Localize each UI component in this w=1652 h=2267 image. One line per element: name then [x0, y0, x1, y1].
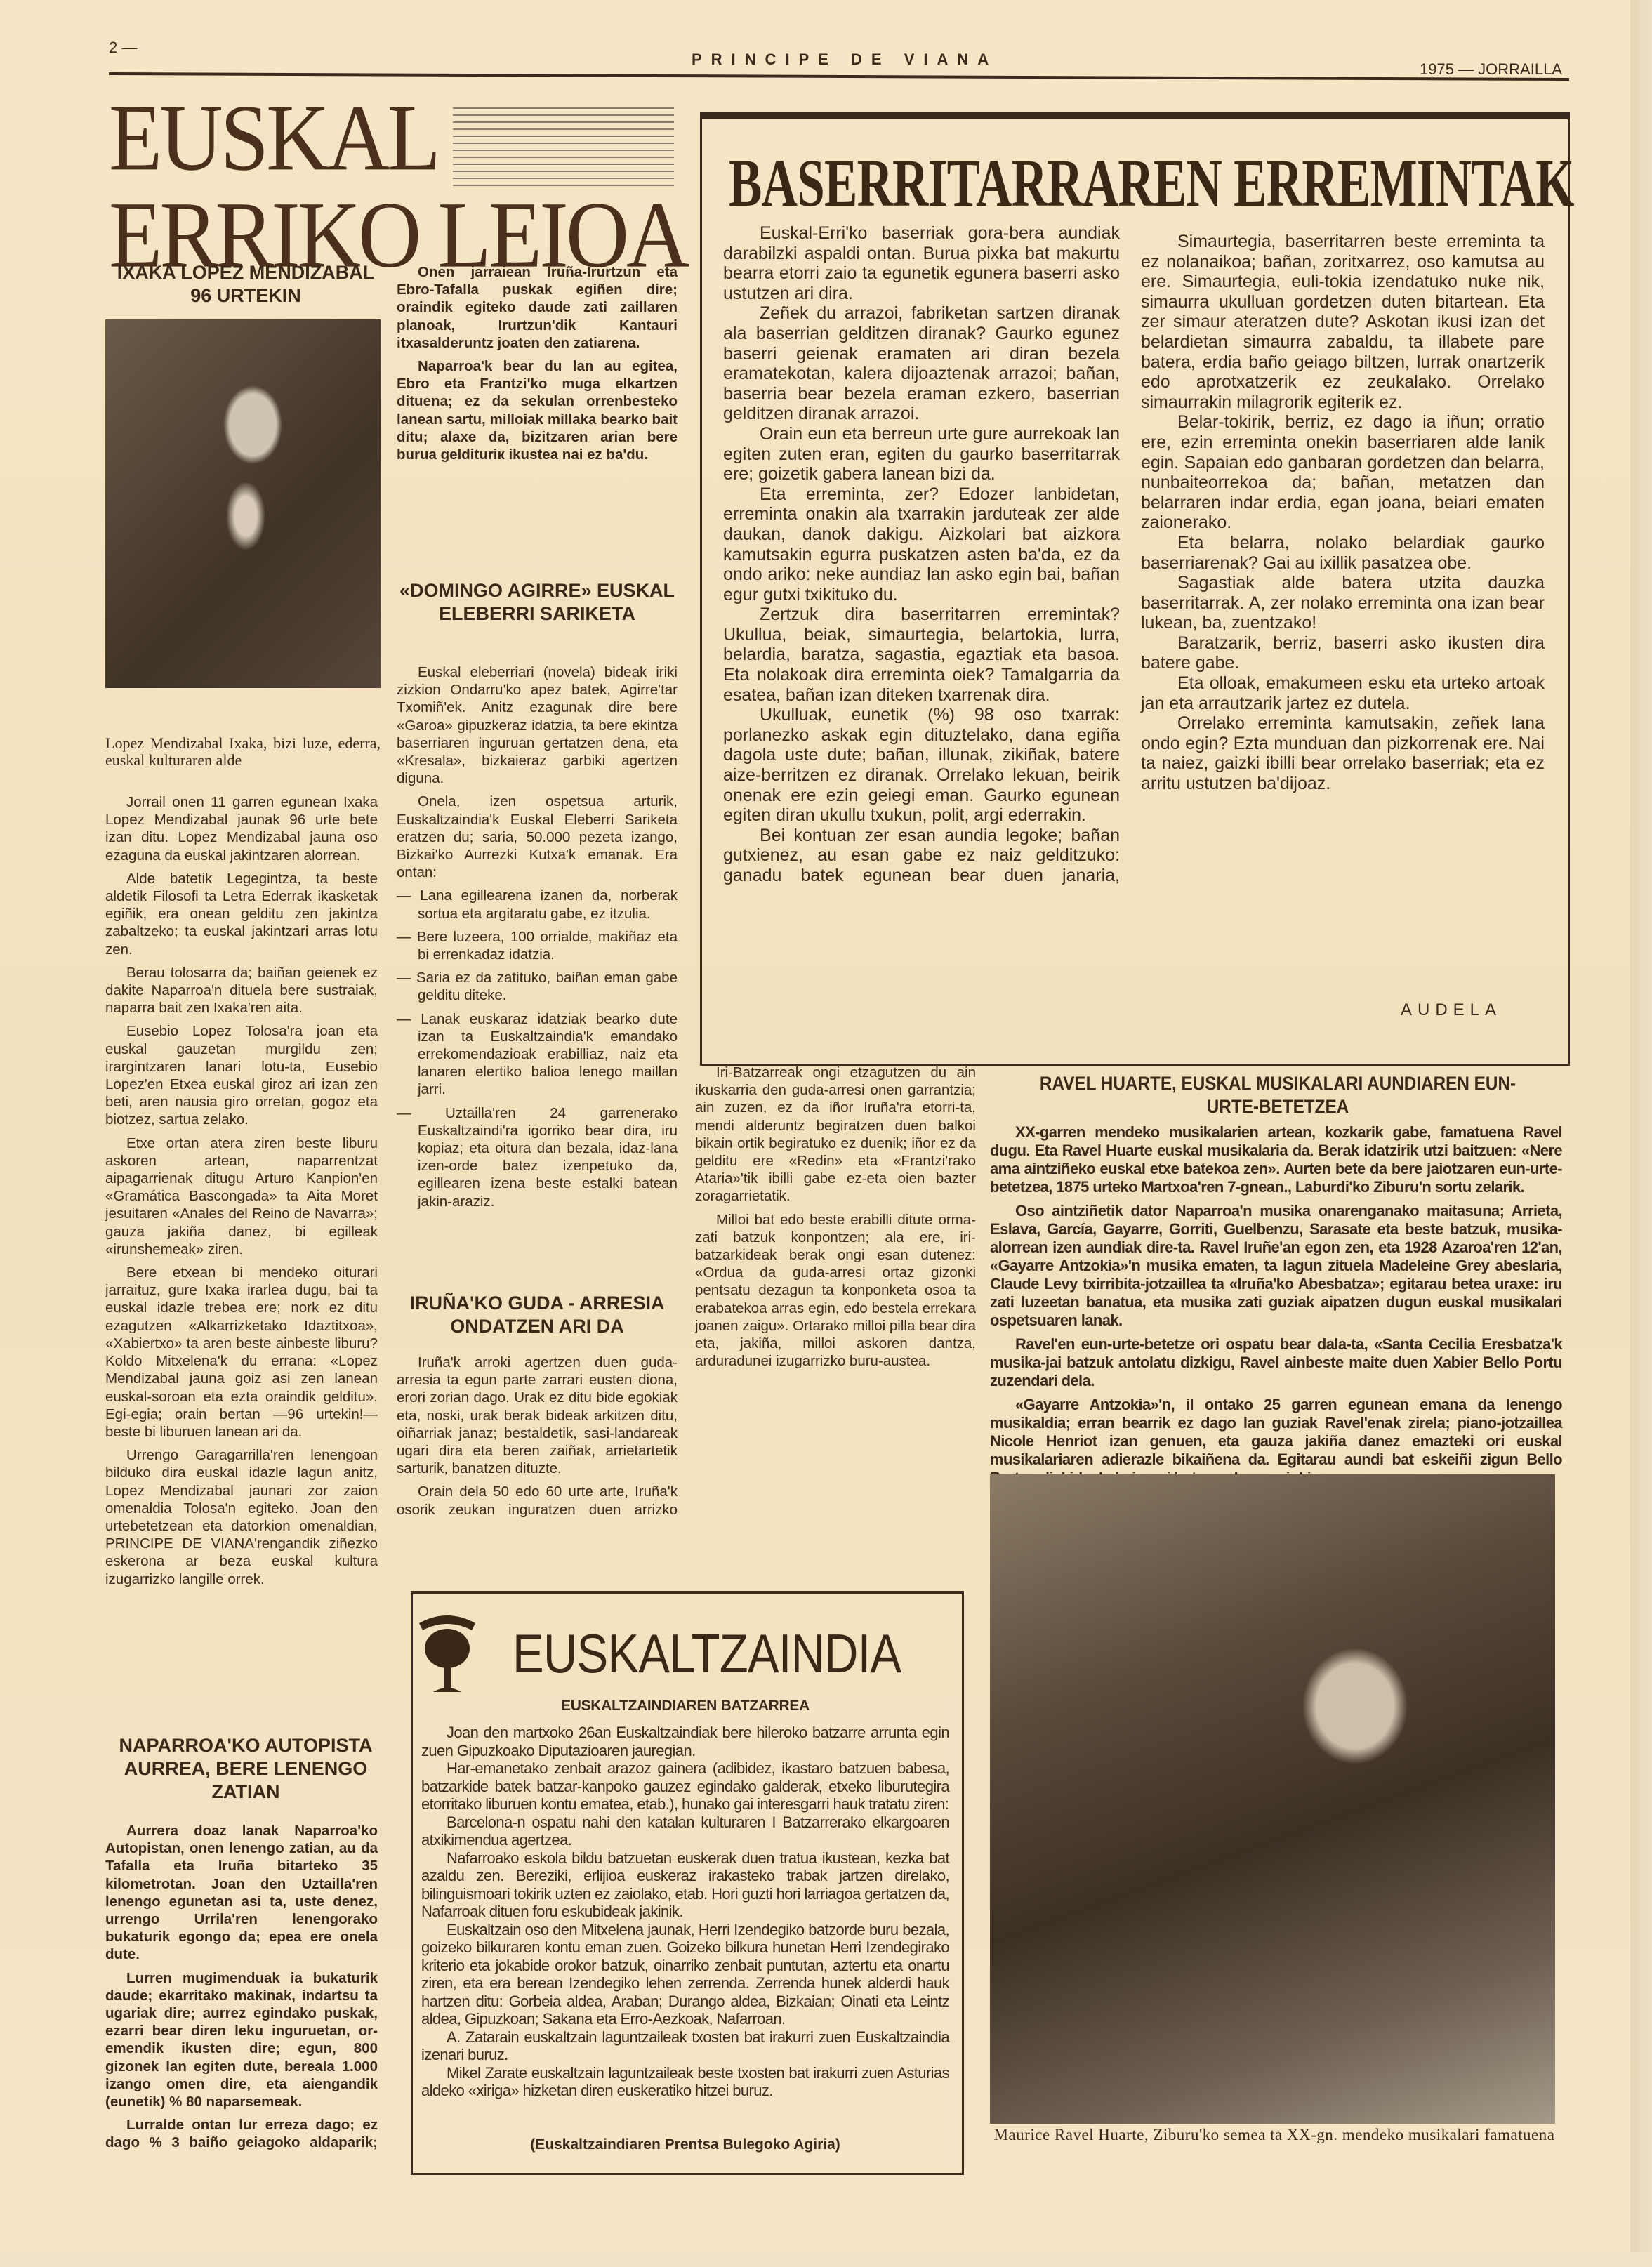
- paragraph: Lurren mugimenduak ia bukaturik daude; e…: [105, 1969, 378, 2111]
- article-baserri-col1: Euskal-Erri'ko baserriak gora-bera aundi…: [723, 223, 1120, 886]
- paragraph: Etxe ortan atera ziren beste liburu asko…: [105, 1135, 378, 1258]
- paragraph: Iri-Batzarreak ongi etzagutzen du ain ik…: [695, 1064, 976, 1205]
- paragraph: Zertzuk dira baserritarren erremintak? U…: [723, 604, 1120, 705]
- article-autopista-body-part1: Aurrera doaz lanak Naparroa'ko Autopista…: [105, 1822, 378, 2157]
- headline-lopez: IXAKA LOPEZ MENDIZABAL 96 URTEKIN: [105, 261, 386, 308]
- article-euskaltzaindia-body: Joan den martxoko 26an Euskaltzaindiak b…: [421, 1724, 949, 2100]
- paragraph: Euskal eleberriari (novela) bideak iriki…: [397, 663, 678, 787]
- rule-item: — Lana egillearena izanen da, norberak s…: [397, 887, 678, 922]
- paragraph: Barcelona-n ospatu nahi den katalan kult…: [421, 1813, 949, 1849]
- article-iruna-body-part2: Iri-Batzarreak ongi etzagutzen du ain ik…: [695, 1064, 976, 1375]
- headline-iruna: IRUÑA'KO GUDA - ARRESIA ONDATZEN ARI DA: [393, 1292, 681, 1338]
- headline-baserri: BASERRITARRAREN ERREMINTAK: [729, 144, 1574, 222]
- paragraph: Bere etxean bi mendeko oiturari jarraitu…: [105, 1264, 378, 1441]
- paragraph: A. Zatarain euskaltzain laguntzaileak tx…: [421, 2028, 949, 2064]
- paragraph: Har-emanetako zenbait arazoz gainera (ad…: [421, 1759, 949, 1813]
- article-iruna-body-part1: Iruña'k arroki agertzen duen guda-arresi…: [397, 1354, 678, 1524]
- paragraph: Berau tolosarra da; baiñan geienek ez da…: [105, 964, 378, 1017]
- paragraph: Alde batetik Legegintza, ta beste aldeti…: [105, 870, 378, 958]
- article-lopez-body: Jorrail onen 11 garren egunean Ixaka Lop…: [105, 793, 378, 1594]
- paragraph: Eta belarra, nolako belardiak gaurko bas…: [1141, 533, 1545, 573]
- paragraph: Jorrail onen 11 garren egunean Ixaka Lop…: [105, 793, 378, 864]
- article-ravel-body: XX-garren mendeko musikalarien artean, k…: [990, 1123, 1562, 1493]
- author-byline: AUDELA: [1401, 1000, 1502, 1020]
- newspaper-page: 2 — PRINCIPE DE VIANA 1975 — JORRAILLA E…: [0, 0, 1630, 2267]
- paragraph: Eta olloak, emakumeen esku eta urteko ar…: [1141, 673, 1545, 713]
- header-rule: [109, 72, 1569, 81]
- photo-lopez-mendizabal: [105, 319, 381, 688]
- paragraph: Nafarroako eskola bildu batzuetan eusker…: [421, 1849, 949, 1921]
- photo-caption-lopez: Lopez Mendizabal Ixaka, bizi luze, ederr…: [105, 735, 381, 769]
- paragraph: Baratzarik, berriz, baserri asko ikusten…: [1141, 633, 1545, 673]
- paragraph: Orain eun eta berreun urte gure aurrekoa…: [723, 424, 1120, 484]
- article-baserri-col2: Simaurtegia, baserritarren beste erremin…: [1141, 232, 1545, 794]
- paragraph: Urrengo Garagarrilla'ren lenengoan bildu…: [105, 1446, 378, 1588]
- masthead-decorative-lines: [453, 107, 674, 192]
- paragraph: Onela, izen ospetsua arturik, Euskaltzai…: [397, 793, 678, 881]
- page-right-edge: [1630, 0, 1652, 2267]
- paragraph: Orain dela 50 edo 60 urte arte, Iruña'k …: [397, 1483, 678, 1518]
- rule-item: — Saria ez da zatituko, baiñan eman gabe…: [397, 969, 678, 1004]
- article-agirre-body: Euskal eleberriari (novela) bideak iriki…: [397, 663, 678, 1216]
- headline-ravel: RAVEL HUARTE, EUSKAL MUSIKALARI AUNDIARE…: [1022, 1072, 1534, 1118]
- article-autopista-body-part2: Onen jarraiean Iruña-Irurtzun eta Ebro-T…: [397, 263, 678, 469]
- paragraph: Orrelako erreminta kamutsakin, zeñek lan…: [1141, 713, 1545, 793]
- paragraph: Simaurtegia, baserritarren beste erremin…: [1141, 232, 1545, 412]
- rule-item: — Uztailla'ren 24 garrenerako Euskaltzai…: [397, 1104, 678, 1210]
- paragraph: Ukulluak, eunetik (%) 98 oso txarrak: po…: [723, 705, 1120, 826]
- euskaltzaindia-oak-tree-logo-icon: [416, 1608, 479, 1703]
- headline-agirre: «DOMINGO AGIRRE» EUSKAL ELEBERRI SARIKET…: [397, 579, 678, 626]
- rule-item: — Lanak euskaraz idatziak bearko dute iz…: [397, 1010, 678, 1099]
- publication-name: PRINCIPE DE VIANA: [692, 51, 998, 69]
- issue-date: 1975 — JORRAILLA: [1420, 60, 1562, 79]
- paragraph: Onen jarraiean Iruña-Irurtzun eta Ebro-T…: [397, 263, 678, 352]
- page-number: 2 —: [109, 39, 137, 57]
- paragraph: Eta erreminta, zer? Edozer lanbidetan, e…: [723, 484, 1120, 605]
- paragraph: Euskal-Erri'ko baserriak gora-bera aundi…: [723, 223, 1120, 303]
- paragraph: Euskaltzain oso den Mitxelena jaunak, He…: [421, 1921, 949, 2028]
- euskaltzaindia-title: EUSKALTZAINDIA: [513, 1622, 901, 1686]
- paragraph: Belar-tokirik, berriz, ez dago ia iñun; …: [1141, 412, 1545, 533]
- paragraph: Joan den martxoko 26an Euskaltzaindiak b…: [421, 1724, 949, 1759]
- paragraph: «Gayarre Antzokia»'n, il ontako 25 garre…: [990, 1396, 1562, 1487]
- paragraph: Mikel Zarate euskaltzain laguntzaileak b…: [421, 2064, 949, 2100]
- euskaltzaindia-subtitle: EUSKALTZAINDIAREN BATZARREA: [411, 1698, 960, 1714]
- press-office-source: (Euskaltzaindiaren Prentsa Bulegoko Agir…: [411, 2136, 960, 2153]
- rule-item: — Bere luzeera, 100 orrialde, makiñaz et…: [397, 928, 678, 963]
- headline-autopista: NAPARROA'KO AUTOPISTA AURREA, BERE LENEN…: [105, 1734, 386, 1804]
- paragraph: Bei kontuan zer esan aundia legoke; baña…: [723, 826, 1120, 886]
- paragraph: Aurrera doaz lanak Naparroa'ko Autopista…: [105, 1822, 378, 1964]
- paragraph: Eusebio Lopez Tolosa'ra joan eta euskal …: [105, 1022, 378, 1128]
- paragraph: Iruña'k arroki agertzen duen guda-arresi…: [397, 1354, 678, 1477]
- paragraph: Zeñek du arrazoi, fabriketan sartzen dir…: [723, 303, 1120, 424]
- paragraph: Oso aintziñetik dator Naparroa'n musika …: [990, 1202, 1562, 1330]
- paragraph: Sagastiak alde batera utzita dauzka base…: [1141, 573, 1545, 633]
- paragraph: Lurralde ontan lur erreza dago; ez dago …: [105, 2116, 378, 2151]
- rules-list: — Lana egillearena izanen da, norberak s…: [397, 887, 678, 1210]
- paragraph: XX-garren mendeko musikalarien artean, k…: [990, 1123, 1562, 1196]
- paragraph: Milloi bat edo beste erabilli ditute orm…: [695, 1211, 976, 1370]
- paragraph: Ravel'en eun-urte-betetze ori ospatu bea…: [990, 1335, 1562, 1390]
- photo-maurice-ravel: [990, 1474, 1555, 2124]
- page-bottom-edge: [0, 2252, 1652, 2267]
- paragraph: Naparroa'k bear du lan au egitea, Ebro e…: [397, 357, 678, 463]
- photo-caption-ravel: Maurice Ravel Huarte, Ziburu'ko semea ta…: [986, 2127, 1562, 2143]
